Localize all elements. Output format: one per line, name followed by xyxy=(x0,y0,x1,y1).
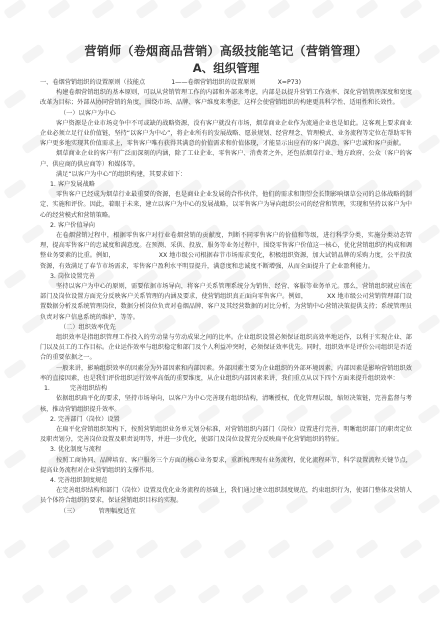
item-heading: 1.完善组织结构 xyxy=(40,384,412,394)
watermark-mark xyxy=(21,584,45,605)
watermark-mark xyxy=(241,584,265,605)
paragraph: 坚持以客户为中心的原则，需要依据市场导向，将客户关系管理系统分为销售、经营、客服… xyxy=(40,282,412,323)
document-title: 营销师（卷烟商品营销）高级技能笔记（营销管理） xyxy=(40,0,412,59)
watermark-mark xyxy=(109,584,133,605)
watermark-mark xyxy=(329,584,353,605)
item-heading: 3. 优化制度与流程 xyxy=(40,445,412,455)
subsection-heading: （三）管理幅度适宜 xyxy=(40,507,412,517)
subsection-heading: （二）组织效率优先 xyxy=(40,323,412,333)
paragraph: 满足“以客户为中心”的组织构建，其要求如下： xyxy=(40,170,412,180)
watermark-mark xyxy=(153,584,177,605)
item-heading-text: 完善组织结构 xyxy=(70,385,107,392)
watermark-mark xyxy=(3,539,27,560)
paragraph: 客户资源是企业市场竞争中不可或缺的战略资源，没有客户就没有市场，烟草商业企业作为… xyxy=(40,119,412,150)
item-heading: 1. 客户发展战略 xyxy=(40,180,412,190)
watermark-mark xyxy=(47,539,71,560)
subsection-heading: （一）以客户为中心 xyxy=(40,109,412,119)
watermark-mark xyxy=(135,539,159,560)
paragraph: 按照工商协同、品牌培育、客户服务三个方面的核心业务要求，重新梳理现有业务流程，优… xyxy=(40,456,412,476)
item-heading: 4. 完善组织制度规范 xyxy=(40,476,412,486)
subsection-heading-text: 管理幅度适宜 xyxy=(99,508,136,515)
paragraph: 零售客户已经成为烟草行业最重要的资源，也是商业企业发展的合作伙伴，他们的需求和期… xyxy=(40,190,412,221)
section-heading: 一、卷烟营销组织的设置原则（技能点1——卷烟营销组织的设置原则X=P73) xyxy=(40,78,412,88)
page-ref: X=P73) xyxy=(278,79,301,86)
watermark-mark xyxy=(91,539,115,560)
watermark-mark xyxy=(197,584,221,605)
paragraph: 一般来讲，影响组织效率的因素分为外部因素和内部因素。外部因素主要为企业组织的外部… xyxy=(40,364,412,384)
paragraph: 烟草商业企业的客户有广泛而深刻的内涵，除了工业企业、零售客户、消费者之外，还包括… xyxy=(40,149,412,169)
item-number: 1. xyxy=(44,385,50,392)
watermark-mark xyxy=(267,539,291,560)
item-heading: 2. 完善部门（岗位）设置 xyxy=(40,415,412,425)
section-title: A、组织管理 xyxy=(40,61,412,75)
subsection-number: （三） xyxy=(60,508,79,515)
watermark-mark xyxy=(223,539,247,560)
paragraph: 构建卷烟营销组织的基本原则，可以从营销管理工作的内部和外部来考虑，内部是以提升营… xyxy=(40,88,412,108)
paragraph: 在扁平化营销组织架构下，按照营销组织业务单元划分标准，对营销组织内部门（岗位）设… xyxy=(40,425,412,445)
watermark-mark xyxy=(417,584,440,605)
item-heading: 3. 岗位设置完善 xyxy=(40,272,412,282)
watermark-mark xyxy=(179,539,203,560)
watermark-mark xyxy=(311,539,335,560)
watermark-mark xyxy=(65,584,89,605)
watermark-mark xyxy=(399,539,423,560)
paragraph: 在卷烟营销过程中，根据零售客户对行业卷烟营销的贡献度，判断不同零售客户的价值和等… xyxy=(40,231,412,272)
document-page: 营销师（卷烟商品营销）高级技能笔记（营销管理） A、组织管理 一、卷烟营销组织的… xyxy=(0,0,440,517)
watermark-mark xyxy=(285,584,309,605)
section-heading-text: 一、卷烟营销组织的设置原则（技能点 xyxy=(40,79,145,86)
paragraph: 依据组织扁平化的要求，坚持市场导向，以客户为中心完善现有组织结构，清晰授权，优化… xyxy=(40,394,412,414)
watermark-mark xyxy=(373,584,397,605)
paragraph: 组织效率是指组织管理工作投入的劳动量与劳动成果之间的比率。企业组织设置必须保证组… xyxy=(40,333,412,364)
watermark-mark xyxy=(355,539,379,560)
item-heading: 2. 客户价值导向 xyxy=(40,221,412,231)
paragraph: 在完善组织结构和部门（岗位）设置及优化业务流程的基础上，我们通过建立组织制度规范… xyxy=(40,486,412,506)
skill-point-ref: 1——卷烟营销组织的设置原则 xyxy=(171,79,255,86)
